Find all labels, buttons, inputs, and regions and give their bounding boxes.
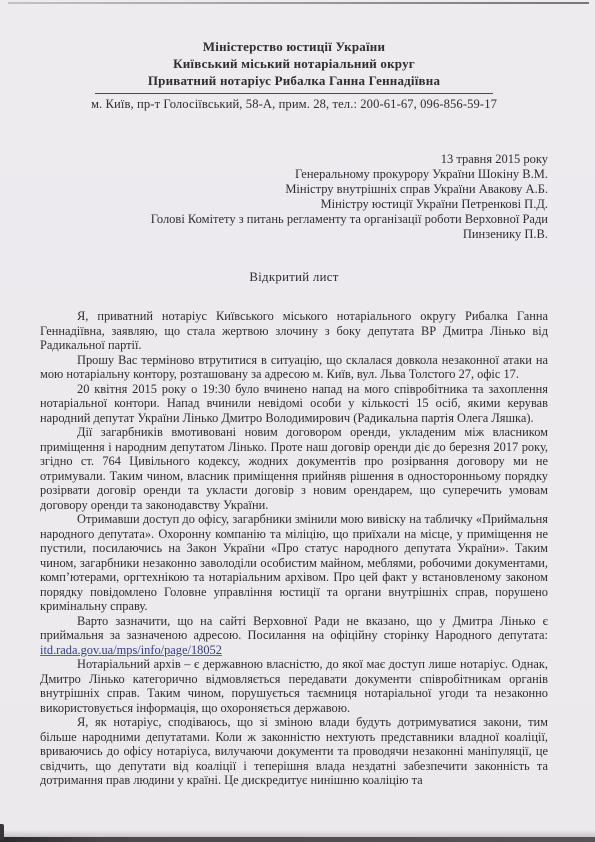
recipient-line: Генеральному прокурору України Шокіну В.…: [40, 167, 548, 182]
letterhead-notary-name: Приватний нотаріус Рибалка Ганна Геннаді…: [40, 72, 548, 89]
paragraph-rada-site-text: Варто зазначити, що на сайті Верховної Р…: [40, 614, 548, 643]
recipients-block: 13 травня 2015 року Генеральному прокуро…: [40, 152, 548, 242]
letterhead-ministry: Міністерство юстиції України: [40, 38, 548, 55]
letter-body: Я, приватний нотаріус Київського міськог…: [40, 309, 548, 788]
letterhead-divider: [95, 93, 493, 94]
letterhead: Міністерство юстиції України Київський м…: [40, 38, 548, 112]
scan-artifact-corner-mark: [0, 824, 4, 840]
paragraph-intro: Я, приватний нотаріус Київського міськог…: [40, 309, 548, 353]
recipient-line: Міністру внутрішніх справ України Аваков…: [40, 182, 548, 197]
letterhead-contact-line: м. Київ, пр-т Голосіївський, 58-А, прим.…: [40, 97, 548, 112]
paragraph-lease: Дії загарбників вмотивовані новим догово…: [40, 425, 548, 512]
paragraph-attack: 20 квітня 2015 року о 19:30 було вчинено…: [40, 382, 548, 426]
paragraph-seizure: Отримавши доступ до офісу, загарбники зм…: [40, 512, 548, 614]
paragraph-conclusion: Я, як нотаріус, сподіваюсь, що зі зміною…: [40, 715, 548, 788]
letter-title: Відкритий лист: [40, 270, 548, 285]
letterhead-district: Київський міський нотаріальний округ: [40, 55, 548, 72]
letter-page: Міністерство юстиції України Київський м…: [0, 0, 595, 842]
scan-artifact-bottom-edge: [0, 837, 595, 842]
paragraph-archive: Нотаріальний архів – є державною власніс…: [40, 657, 548, 715]
recipient-line: Пинзенику П.В.: [40, 227, 548, 242]
scan-artifact-bottom-shadow: [0, 830, 595, 837]
recipient-line: Голові Комітету з питань регламенту та о…: [40, 212, 548, 227]
letter-date: 13 травня 2015 року: [40, 152, 548, 167]
paragraph-rada-site: Варто зазначити, що на сайті Верховної Р…: [40, 614, 548, 658]
paragraph-request: Прошу Вас терміново втрутитися в ситуаці…: [40, 353, 548, 382]
rada-profile-link[interactable]: itd.rada.gov.ua/mps/info/page/18052: [40, 643, 222, 657]
recipient-line: Міністру юстиції України Петренкові П.Д.: [40, 197, 548, 212]
scan-artifact-top-line: [8, 2, 589, 4]
